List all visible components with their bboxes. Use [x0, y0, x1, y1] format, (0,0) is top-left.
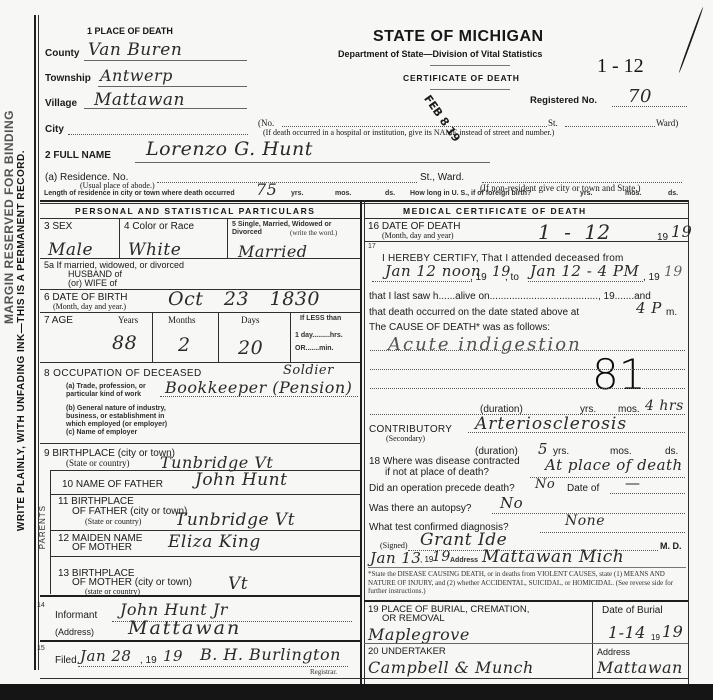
- yrs-label: yrs.: [291, 190, 303, 197]
- burial-place-value: Maplegrove: [368, 625, 470, 644]
- age-years: 88: [112, 332, 137, 354]
- us-mos-label: mos.: [625, 190, 641, 197]
- department-name: Department of State—Division of Vital St…: [338, 49, 542, 59]
- dod-year: 19: [671, 222, 692, 241]
- contracted-value: At place of death: [545, 456, 683, 474]
- signed-date: Jan 13: [370, 549, 421, 567]
- operation-date-label: Date of: [567, 483, 599, 494]
- full-name-label: 2 FULL NAME: [45, 150, 111, 161]
- scan-border: [0, 684, 713, 700]
- father-birthplace-label: 11 BIRTHPLACE: [58, 497, 134, 506]
- cause-footnote: *State the DISEASE CAUSING DEATH, or in …: [368, 570, 686, 596]
- less-than-label: If LESS than: [300, 315, 341, 322]
- operation-date-value: —: [625, 474, 641, 492]
- occupation-industry-label: (b) General nature of industry, business…: [66, 405, 186, 429]
- county-label: County: [45, 48, 79, 59]
- place-of-death-label: 1 PLACE OF DEATH: [87, 26, 173, 36]
- signed-year: 19: [432, 549, 451, 565]
- registered-label: Registered No.: [530, 95, 597, 106]
- marital-hint: (write the word.): [290, 229, 337, 237]
- burial-date: 1-14: [608, 623, 646, 642]
- us-residence-label: How long in U. S., if of foreign birth?: [410, 190, 531, 197]
- cause-of-death-value: Acute indigestion: [388, 334, 582, 355]
- county-value: Van Buren: [88, 40, 182, 60]
- father-birthplace-city-label: OF FATHER (city or town): [72, 506, 187, 517]
- informant-address-value: Mattawan: [128, 617, 241, 639]
- st-ward-label: St., Ward.: [420, 172, 464, 183]
- to-label: , to: [505, 272, 519, 283]
- ward-label: Ward): [656, 118, 678, 128]
- of-mother-label: OF MOTHER: [72, 542, 132, 553]
- binding-margin-text: MARGIN RESERVED FOR BINDING: [2, 110, 16, 324]
- contributory-value: Arteriosclerosis: [475, 414, 627, 434]
- age-days-label: Days: [241, 315, 260, 325]
- employer-name-label: (c) Name of employer: [66, 429, 137, 436]
- state-title: STATE OF MICHIGAN: [373, 28, 544, 46]
- contracted-sublabel: if not at place of death?: [385, 467, 489, 478]
- mother-birthplace-value: Vt: [228, 574, 248, 594]
- undertaker-address-label: Address: [597, 647, 630, 657]
- hospital-note: (If death occurred in a hospital or inst…: [263, 128, 554, 137]
- full-name-value: Lorenzo G. Hunt: [146, 138, 313, 160]
- street-no-label: (No.: [258, 118, 274, 128]
- attended-to: Jan 12 - 4 PM: [530, 262, 639, 280]
- informant-label: Informant: [55, 610, 97, 621]
- filed-date: Jan 28: [80, 647, 131, 665]
- father-birthplace-state-label: (State or country): [85, 517, 141, 526]
- residence-sublabel: (Usual place of abode.): [80, 181, 155, 190]
- death-certificate: MARGIN RESERVED FOR BINDING WRITE PLAINL…: [0, 0, 713, 684]
- filed-year: 19: [163, 647, 183, 665]
- physician-address: Mattawan Mich: [482, 547, 624, 567]
- informant-address-label: (Address): [55, 627, 94, 637]
- registered-number: 70: [628, 86, 652, 107]
- to-year-prefix: , 19: [643, 272, 660, 283]
- attended-to-year: 19: [664, 264, 683, 280]
- contributory-sublabel: (Secondary): [386, 434, 425, 443]
- side-margin: MARGIN RESERVED FOR BINDING WRITE PLAINL…: [2, 110, 32, 670]
- death-time: 4 P: [636, 299, 662, 317]
- duration-value: 4 hrs: [645, 398, 684, 414]
- burial-date-label: Date of Burial: [602, 605, 663, 616]
- physician-address-label: Address: [450, 557, 478, 564]
- age-months-label: Months: [168, 315, 196, 325]
- us-ds-label: ds.: [668, 190, 678, 197]
- undertaker-value: Campbell & Munch: [368, 658, 534, 677]
- attended-from: Jan 12 noon: [385, 262, 481, 280]
- file-mark: 1 - 12: [597, 55, 644, 78]
- parents-label: PARENTS: [38, 505, 47, 549]
- city-label: City: [45, 124, 64, 135]
- residence-length-years: 75: [256, 180, 277, 199]
- occupation-trade-label: (a) Trade, profession, or particular kin…: [66, 383, 161, 399]
- residence-length-label: Length of residence in city or town wher…: [44, 190, 235, 197]
- age-days: 20: [238, 337, 263, 359]
- operation-value: No: [535, 477, 555, 492]
- occupation-note: Soldier: [283, 363, 334, 378]
- village-label: Village: [45, 98, 77, 109]
- dob-value: Oct 23 1830: [168, 288, 320, 310]
- age-label: 7 AGE: [44, 315, 73, 326]
- wife-of-label: (or) WIFE of: [68, 278, 117, 288]
- occupation-trade-value: Bookkeeper (Pension): [165, 378, 352, 397]
- burial-year-prefix: 19: [651, 633, 660, 642]
- filed-label: Filed: [55, 655, 77, 666]
- dob-sublabel: (Month, day and year.): [53, 302, 126, 311]
- registrar-label: Registrar.: [310, 668, 337, 676]
- certify-number: 17: [368, 243, 376, 250]
- father-name-value: John Hunt: [195, 470, 287, 490]
- permanent-record-instruction: WRITE PLAINLY, WITH UNFADING INK—THIS IS…: [16, 150, 27, 531]
- us-yrs-label: yrs.: [580, 190, 592, 197]
- test-confirmed-value: None: [565, 513, 605, 529]
- death-time-label: that death occurred on the date stated a…: [369, 307, 579, 318]
- last-saw-alive: that I last saw h......alive on.........…: [369, 291, 651, 302]
- less-min-label: OR.......min.: [295, 345, 334, 352]
- mother-maiden-name-value: Eliza King: [168, 532, 261, 552]
- autopsy-label: Was there an autopsy?: [369, 503, 471, 514]
- ds-label: ds.: [385, 190, 395, 197]
- township-value: Antwerp: [100, 66, 173, 85]
- undertaker-label: 20 UNDERTAKER: [368, 646, 446, 657]
- burial-removal-label: OR REMOVAL: [382, 613, 445, 624]
- filed-number: 15: [37, 645, 45, 652]
- mos-label: mos.: [335, 190, 351, 197]
- age-years-label: Years: [118, 315, 138, 325]
- from-year-prefix: , 19: [470, 272, 487, 283]
- registrar-signature: B. H. Burlington: [200, 645, 341, 664]
- less-day-label: 1 day.........hrs.: [295, 332, 343, 339]
- md-label: M. D.: [660, 541, 682, 551]
- cause-of-death-label: The CAUSE OF DEATH* was as follows:: [369, 322, 550, 333]
- date-of-death-sublabel: (Month, day and year): [382, 231, 454, 240]
- street-label: St.: [548, 118, 558, 128]
- color-value: White: [128, 240, 181, 260]
- township-label: Township: [45, 73, 91, 84]
- undertaker-address: Mattawan: [597, 658, 683, 677]
- cause-code-mark: 81: [592, 350, 645, 399]
- sex-value: Male: [48, 240, 93, 260]
- color-label: 4 Color or Race: [124, 221, 194, 232]
- medical-section-title: MEDICAL CERTIFICATE OF DEATH: [403, 206, 587, 216]
- death-time-suffix: m.: [666, 307, 677, 318]
- burial-year: 19: [662, 622, 683, 641]
- father-birthplace-value: Tunbridge Vt: [175, 510, 295, 530]
- operation-label: Did an operation precede death?: [369, 483, 515, 494]
- birthplace-sublabel: (State or country): [66, 458, 129, 468]
- filed-year-prefix: , 19: [140, 655, 157, 666]
- certificate-title: CERTIFICATE OF DEATH: [403, 73, 520, 83]
- sex-label: 3 SEX: [44, 221, 72, 232]
- contracted-label: 18 Where was disease contracted: [369, 456, 520, 467]
- informant-number: 14: [37, 602, 45, 609]
- age-months: 2: [178, 334, 191, 356]
- autopsy-value: No: [500, 494, 523, 512]
- personal-section-title: PERSONAL AND STATISTICAL PARTICULARS: [75, 206, 315, 216]
- village-value: Mattawan: [94, 90, 185, 110]
- father-name-label: 10 NAME OF FATHER: [62, 479, 163, 490]
